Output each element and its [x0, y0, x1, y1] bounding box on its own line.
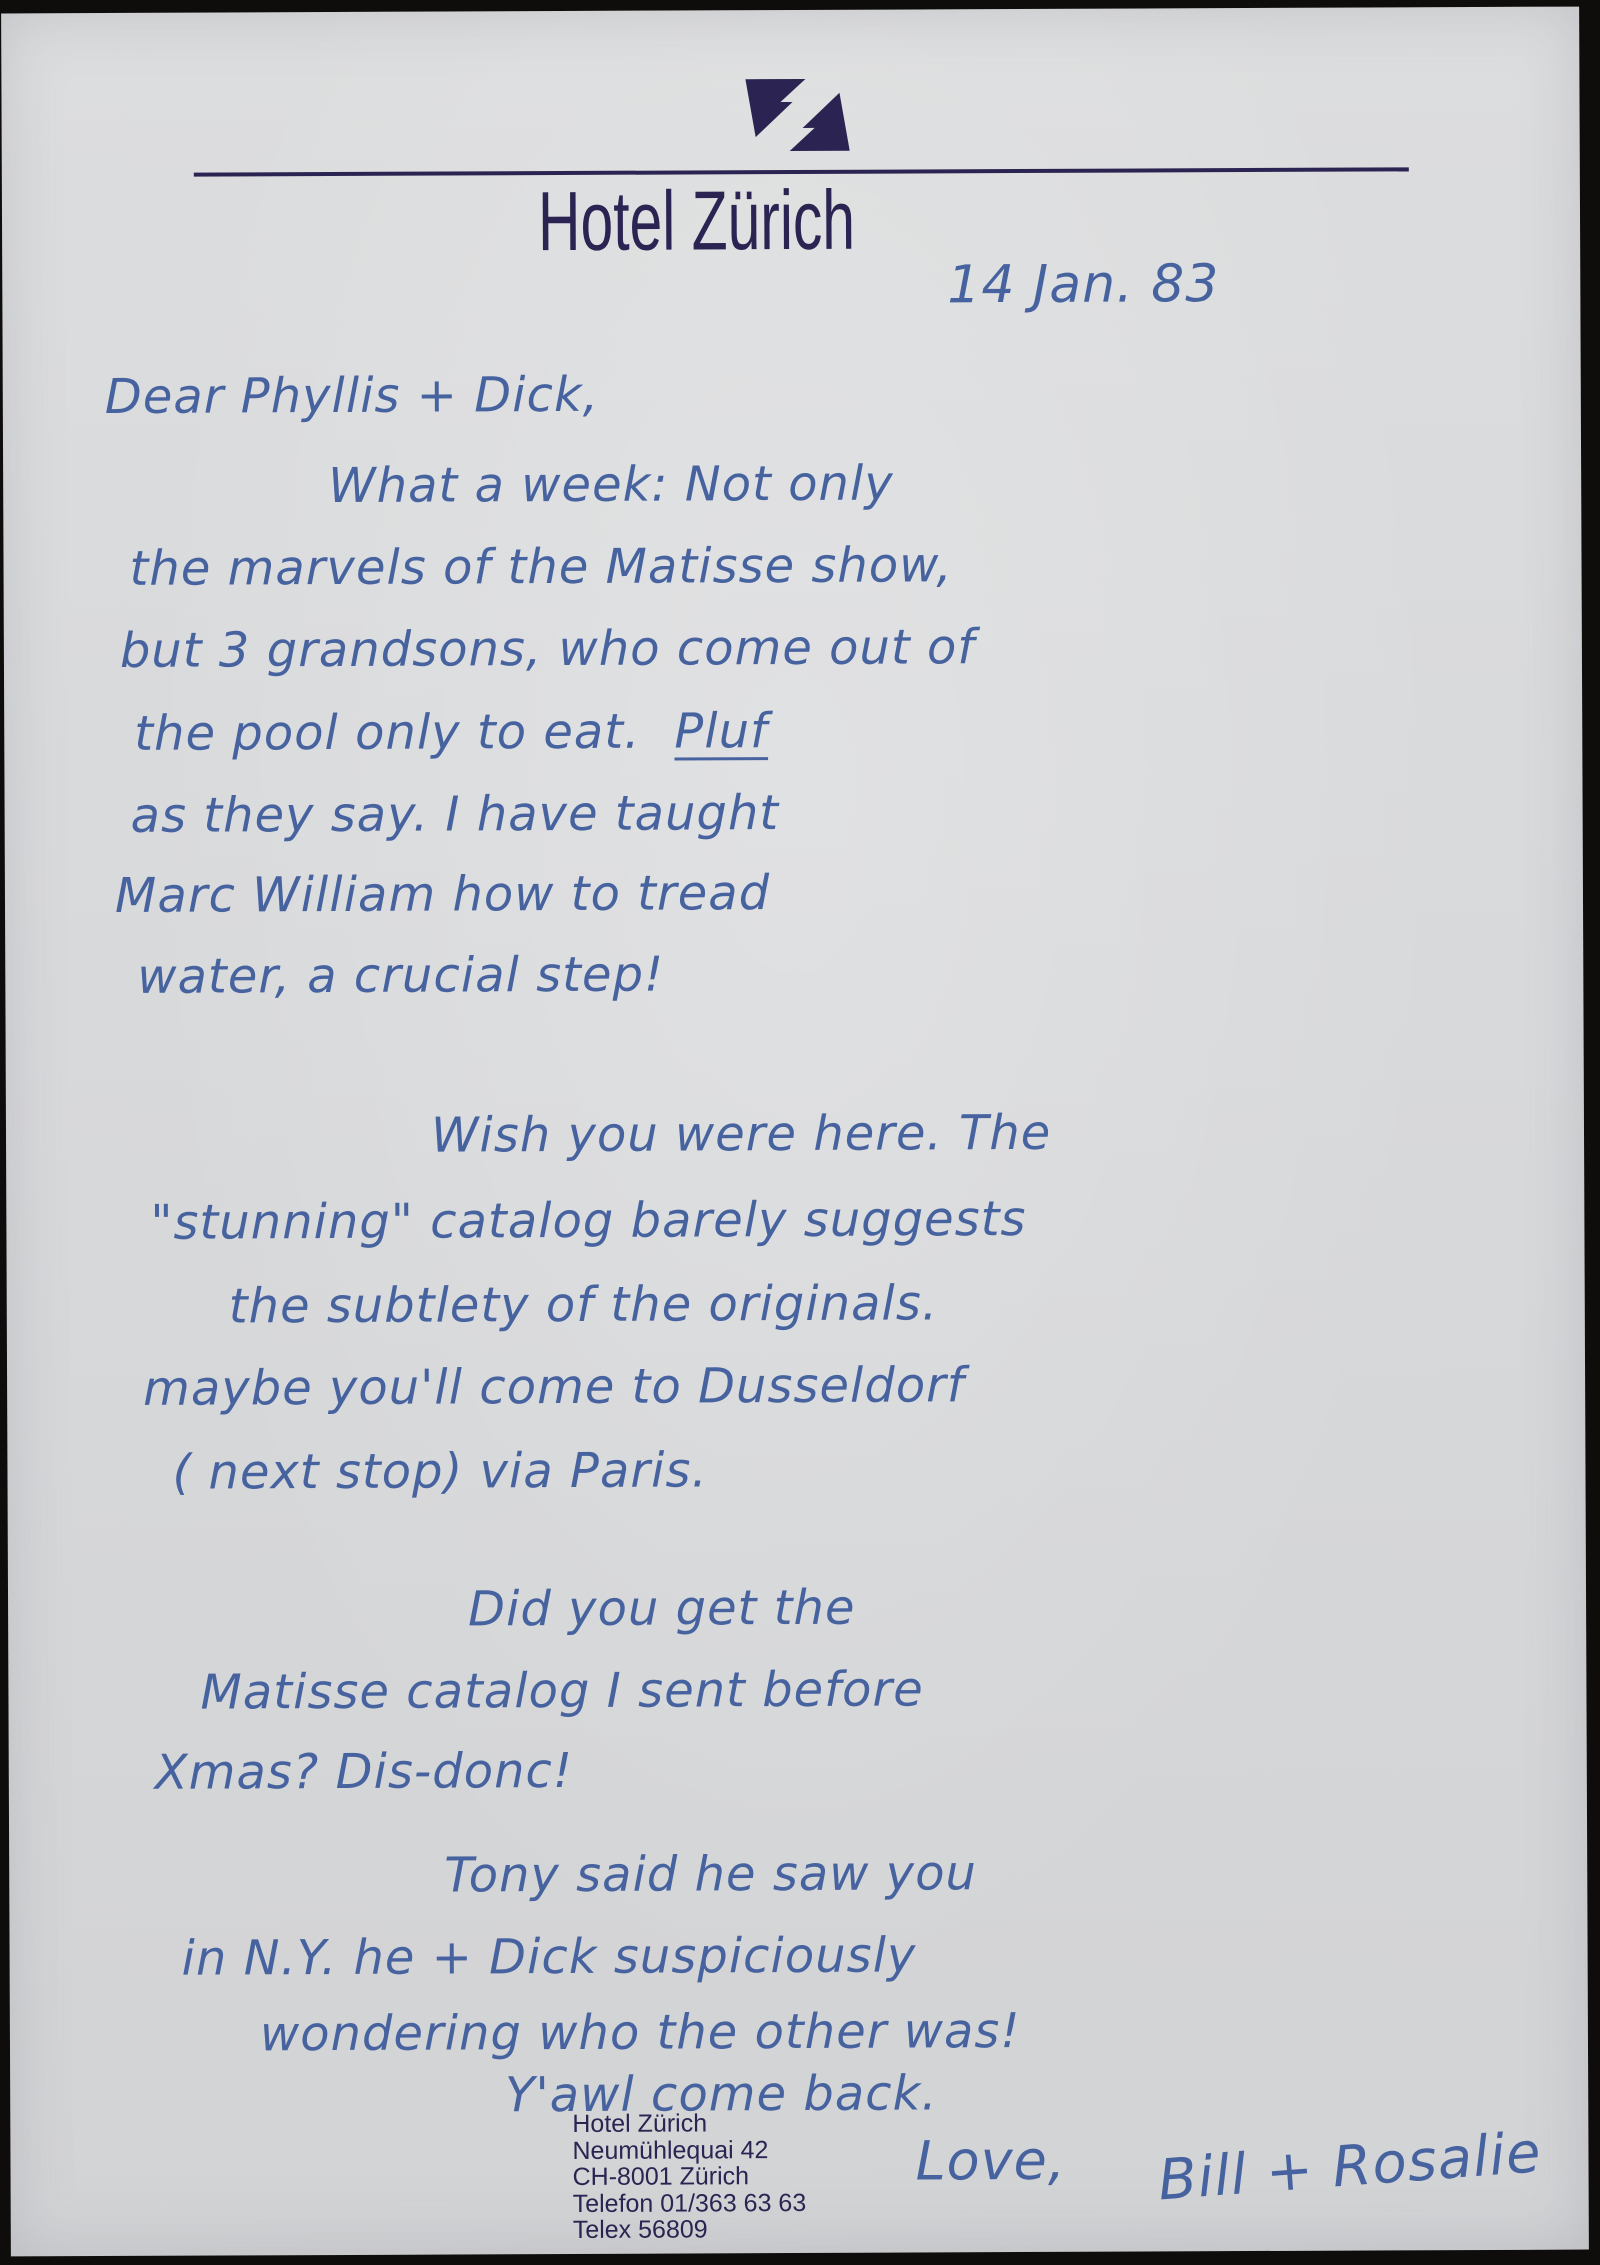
handwritten-line: wondering who the other was! [260, 2005, 1021, 2061]
hotel-zurich-logo-icon [745, 74, 849, 156]
handwritten-line: water, a crucial step! [137, 949, 664, 1004]
footer-address-line: CH-8001 Zürich [573, 2163, 807, 2191]
letterhead-hotel-name: Hotel Zürich [538, 178, 855, 263]
footer-address-line: Telefon 01/363 63 63 [573, 2189, 807, 2217]
handwritten-line: Marc William how to tread [115, 867, 770, 923]
handwritten-line: maybe you'll come to Dusseldorf [143, 1359, 965, 1415]
handwritten-line: ( next stop) via Paris. [172, 1444, 707, 1499]
handwritten-line: Matisse catalog I sent before [200, 1663, 923, 1719]
handwritten-line: in N.Y. he + Dick suspiciously [181, 1929, 916, 1985]
handwritten-line: as they say. I have taught [131, 787, 780, 843]
handwritten-line: but 3 grandsons, who come out of [120, 621, 976, 678]
salutation: Dear Phyllis + Dick, [105, 369, 599, 424]
handwritten-line: the pool only to eat.Pluf [134, 705, 768, 761]
closing: Love, [915, 2131, 1066, 2191]
handwritten-line: "stunning" catalog barely suggests [150, 1193, 1026, 1250]
handwritten-line: Did you get the [468, 1582, 856, 1636]
footer-address-line: Hotel Zürich [572, 2110, 806, 2138]
handwritten-line: Xmas? Dis-donc! [155, 1745, 574, 1800]
footer-address: Hotel Zürich Neumühlequai 42 CH-8001 Zür… [572, 2110, 806, 2244]
letter-paper: Hotel Zürich 14 Jan. 83 Dear Phyllis + D… [1, 7, 1589, 2257]
letter-photo: Hotel Zürich 14 Jan. 83 Dear Phyllis + D… [0, 0, 1600, 2265]
footer-address-line: Telex 56809 [573, 2216, 807, 2244]
signature: Bill + Rosalie [1156, 2122, 1543, 2212]
underlined-word: Pluf [674, 703, 768, 759]
handwritten-line: Tony said he saw you [444, 1847, 977, 1902]
handwritten-line: What a week: Not only [328, 458, 894, 513]
handwritten-line: Wish you were here. The [431, 1107, 1051, 1163]
handwritten-line: the subtlety of the originals. [229, 1277, 939, 1333]
footer-address-line: Neumühlequai 42 [572, 2136, 806, 2164]
handwritten-line-text: the pool only to eat. [134, 704, 640, 762]
handwritten-date: 14 Jan. 83 [947, 256, 1219, 314]
handwritten-line: the marvels of the Matisse show, [129, 539, 952, 595]
